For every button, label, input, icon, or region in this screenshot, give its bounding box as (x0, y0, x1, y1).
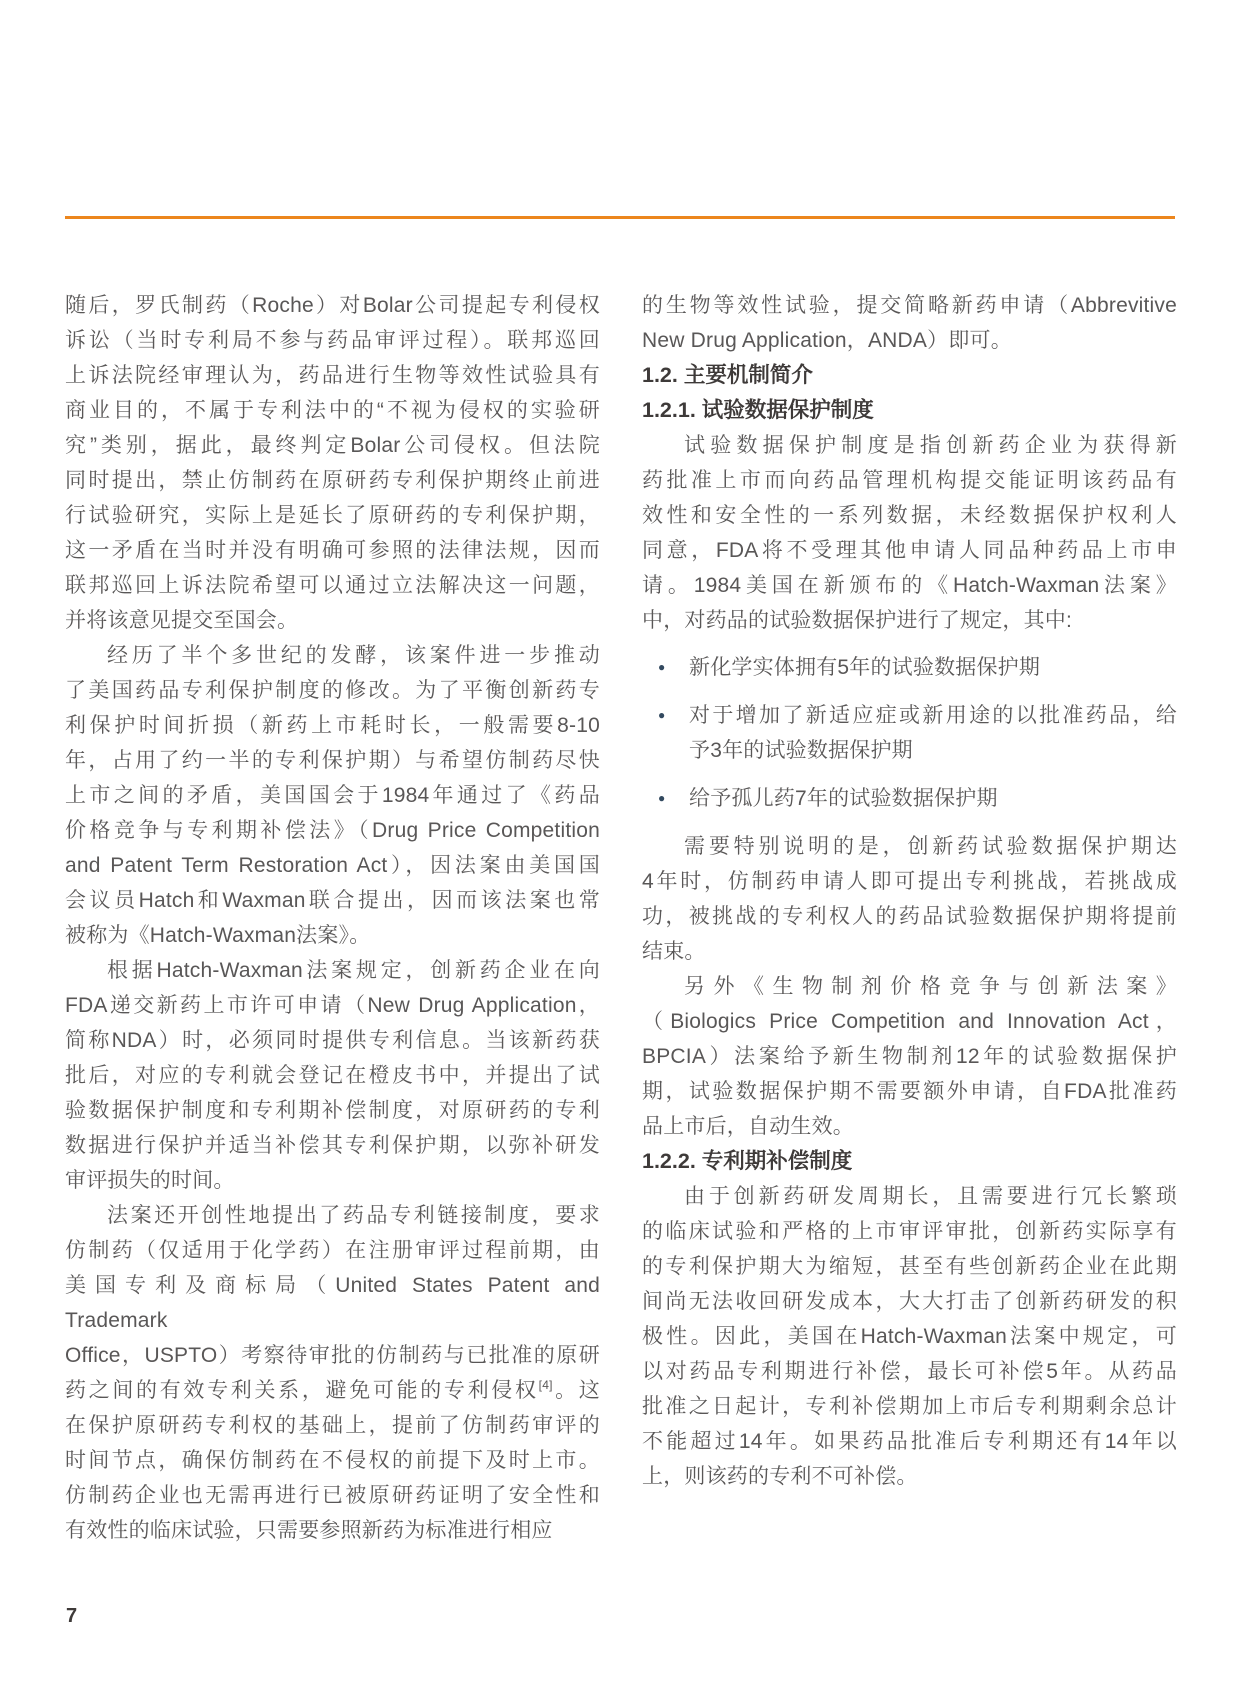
text-line: 仿制药（仅适用于化学药）在注册审评过程前期，由 (65, 1233, 600, 1268)
text-line: 被称为《Hatch-Waxman法案》。 (65, 918, 600, 953)
text-line: 有效性的临床试验，只需要参照新药为标准进行相应 (65, 1513, 600, 1548)
text-line: 在保护原研药专利权的基础上，提前了仿制药审评的 (65, 1408, 600, 1443)
text-line: 究”类别，据此，最终判定Bolar公司侵权。但法院 (65, 428, 600, 463)
text-line: 这一矛盾在当时并没有明确可参照的法律法规，因而 (65, 533, 600, 568)
text-line: 由于创新药研发周期长，且需要进行冗长繁琐 (642, 1179, 1177, 1214)
bullet-text: 对于增加了新适应症或新用途的以批准药品，给予3年的试验数据保护期 (689, 698, 1177, 768)
text-line: 批后，对应的专利就会登记在橙皮书中，并提出了试 (65, 1058, 600, 1093)
text-line: 上诉法院经审理认为，药品进行生物等效性试验具有 (65, 358, 600, 393)
text-line: and Patent Term Restoration Act），因法案由美国国 (65, 848, 600, 883)
text-line: 新化学实体拥有5年的试验数据保护期 (689, 650, 1177, 685)
text-line: 并将该意见提交至国会。 (65, 603, 600, 638)
section-heading: 1.2.1. 试验数据保护制度 (642, 393, 1177, 428)
paragraph: 根据Hatch-Waxman法案规定，创新药企业在向FDA递交新药上市许可申请（… (65, 953, 600, 1198)
text-line: 效性和安全性的一系列数据，未经数据保护权利人 (642, 498, 1177, 533)
text-line: 请。1984美国在新颁布的《Hatch-Waxman法案》 (642, 568, 1177, 603)
text-line: 4年时，仿制药申请人即可提出专利挑战，若挑战成 (642, 864, 1177, 899)
paragraph: 需要特别说明的是，创新药试验数据保护期达4年时，仿制药申请人即可提出专利挑战，若… (642, 829, 1177, 969)
text-line: 利保护时间折损（新药上市耗时长，一般需要8-10 (65, 708, 600, 743)
text-line: 上，则该药的专利不可补偿。 (642, 1459, 1177, 1494)
list-item: ●新化学实体拥有5年的试验数据保护期 (642, 650, 1177, 685)
text-line: 需要特别说明的是，创新药试验数据保护期达 (642, 829, 1177, 864)
paragraph: 的生物等效性试验，提交简略新药申请（AbbrevitiveNew Drug Ap… (642, 288, 1177, 358)
two-column-layout: 随后，罗氏制药（Roche）对Bolar公司提起专利侵权诉讼（当时专利局不参与药… (65, 288, 1177, 1548)
text-line: 年，占用了约一半的专利保护期）与希望仿制药尽快 (65, 743, 600, 778)
text-line: 价格竞争与专利期补偿法》（Drug Price Competition (65, 813, 600, 848)
text-line: 给予孤儿药7年的试验数据保护期 (689, 781, 1177, 816)
text-line: 药批准上市而向药品管理机构提交能证明该药品有 (642, 463, 1177, 498)
text-line: 另外《生物制剂价格竞争与创新法案》 (642, 969, 1177, 1004)
left-column: 随后，罗氏制药（Roche）对Bolar公司提起专利侵权诉讼（当时专利局不参与药… (65, 288, 600, 1548)
text-line: 试验数据保护制度是指创新药企业为获得新 (642, 428, 1177, 463)
page-number: 7 (66, 1605, 77, 1628)
text-line: 同时提出，禁止仿制药在原研药专利保护期终止前进 (65, 463, 600, 498)
text-line: 极性。因此，美国在Hatch-Waxman法案中规定，可 (642, 1319, 1177, 1354)
text-line: 了美国药品专利保护制度的修改。为了平衡创新药专 (65, 673, 600, 708)
text-line: 的临床试验和严格的上市审评审批，创新药实际享有 (642, 1214, 1177, 1249)
text-line: 品上市后，自动生效。 (642, 1109, 1177, 1144)
text-line: 结束。 (642, 934, 1177, 969)
paragraph: 随后，罗氏制药（Roche）对Bolar公司提起专利侵权诉讼（当时专利局不参与药… (65, 288, 600, 638)
text-line: Office，USPTO）考察待审批的仿制药与已批准的原研 (65, 1338, 600, 1373)
right-column: 的生物等效性试验，提交简略新药申请（AbbrevitiveNew Drug Ap… (642, 288, 1177, 1548)
text-line: 上市之间的矛盾，美国国会于1984年通过了《药品 (65, 778, 600, 813)
text-line: BPCIA）法案给予新生物制剂12年的试验数据保护 (642, 1039, 1177, 1074)
text-line: 法案还开创性地提出了药品专利链接制度，要求 (65, 1198, 600, 1233)
bullet-list: ●新化学实体拥有5年的试验数据保护期●对于增加了新适应症或新用途的以批准药品，给… (642, 650, 1177, 816)
document-page: 随后，罗氏制药（Roche）对Bolar公司提起专利侵权诉讼（当时专利局不参与药… (0, 0, 1241, 1683)
paragraph: 法案还开创性地提出了药品专利链接制度，要求仿制药（仅适用于化学药）在注册审评过程… (65, 1198, 600, 1548)
bullet-icon: ● (642, 650, 689, 685)
text-line: 仿制药企业也无需再进行已被原研药证明了安全性和 (65, 1478, 600, 1513)
section-heading: 1.2.2. 专利期补偿制度 (642, 1144, 1177, 1179)
paragraph: 试验数据保护制度是指创新药企业为获得新药批准上市而向药品管理机构提交能证明该药品… (642, 428, 1177, 638)
text-line: 期，试验数据保护期不需要额外申请，自FDA批准药 (642, 1074, 1177, 1109)
bullet-icon: ● (642, 698, 689, 768)
text-line: 审评损失的时间。 (65, 1163, 600, 1198)
text-line: 经历了半个多世纪的发酵，该案件进一步推动 (65, 638, 600, 673)
text-line: 间尚无法收回研发成本，大大打击了创新药研发的积 (642, 1284, 1177, 1319)
bullet-text: 给予孤儿药7年的试验数据保护期 (689, 781, 1177, 816)
list-item: ●给予孤儿药7年的试验数据保护期 (642, 781, 1177, 816)
bullet-icon: ● (642, 781, 689, 816)
text-line: 批准之日起计，专利补偿期加上市后专利期剩余总计 (642, 1389, 1177, 1424)
bullet-text: 新化学实体拥有5年的试验数据保护期 (689, 650, 1177, 685)
text-line: 会议员Hatch和Waxman联合提出，因而该法案也常 (65, 883, 600, 918)
text-line: 时间节点，确保仿制药在不侵权的前提下及时上市。 (65, 1443, 600, 1478)
text-line: 诉讼（当时专利局不参与药品审评过程）。联邦巡回 (65, 323, 600, 358)
text-line: 验数据保护制度和专利期补偿制度，对原研药的专利 (65, 1093, 600, 1128)
list-item: ●对于增加了新适应症或新用途的以批准药品，给予3年的试验数据保护期 (642, 698, 1177, 768)
section-heading: 1.2. 主要机制简介 (642, 358, 1177, 393)
text-line: 简称NDA）时，必须同时提供专利信息。当该新药获 (65, 1023, 600, 1058)
section-divider (65, 216, 1175, 219)
text-line: 中，对药品的试验数据保护进行了规定，其中: (642, 603, 1177, 638)
text-line: 根据Hatch-Waxman法案规定，创新药企业在向 (65, 953, 600, 988)
text-line: 予3年的试验数据保护期 (689, 733, 1177, 768)
text-line: 联邦巡回上诉法院希望可以通过立法解决这一问题， (65, 568, 600, 603)
text-line: 以对药品专利期进行补偿，最长可补偿5年。从药品 (642, 1354, 1177, 1389)
text-line: 商业目的，不属于专利法中的“不视为侵权的实验研 (65, 393, 600, 428)
text-line: 药之间的有效专利关系，避免可能的专利侵权[4]。这 (65, 1373, 600, 1408)
text-line: New Drug Application，ANDA）即可。 (642, 323, 1177, 358)
text-line: 随后，罗氏制药（Roche）对Bolar公司提起专利侵权 (65, 288, 600, 323)
text-line: 不能超过14年。如果药品批准后专利期还有14年以 (642, 1424, 1177, 1459)
text-line: 功，被挑战的专利权人的药品试验数据保护期将提前 (642, 899, 1177, 934)
text-line: 的专利保护期大为缩短，甚至有些创新药企业在此期 (642, 1249, 1177, 1284)
text-line: 同意，FDA将不受理其他申请人同品种药品上市申 (642, 533, 1177, 568)
paragraph: 经历了半个多世纪的发酵，该案件进一步推动了美国药品专利保护制度的修改。为了平衡创… (65, 638, 600, 953)
text-line: 的生物等效性试验，提交简略新药申请（Abbrevitive (642, 288, 1177, 323)
paragraph: 另外《生物制剂价格竞争与创新法案》（Biologics Price Compet… (642, 969, 1177, 1144)
text-line: 对于增加了新适应症或新用途的以批准药品，给 (689, 698, 1177, 733)
footnote-ref: [4] (539, 1378, 553, 1392)
text-line: 行试验研究，实际上是延长了原研药的专利保护期， (65, 498, 600, 533)
text-line: 美国专利及商标局（United States Patent and Tradem… (65, 1268, 600, 1338)
paragraph: 由于创新药研发周期长，且需要进行冗长繁琐的临床试验和严格的上市审评审批，创新药实… (642, 1179, 1177, 1494)
text-line: FDA递交新药上市许可申请（New Drug Application， (65, 988, 600, 1023)
text-line: 数据进行保护并适当补偿其专利保护期，以弥补研发 (65, 1128, 600, 1163)
text-line: （Biologics Price Competition and Innovat… (642, 1004, 1177, 1039)
